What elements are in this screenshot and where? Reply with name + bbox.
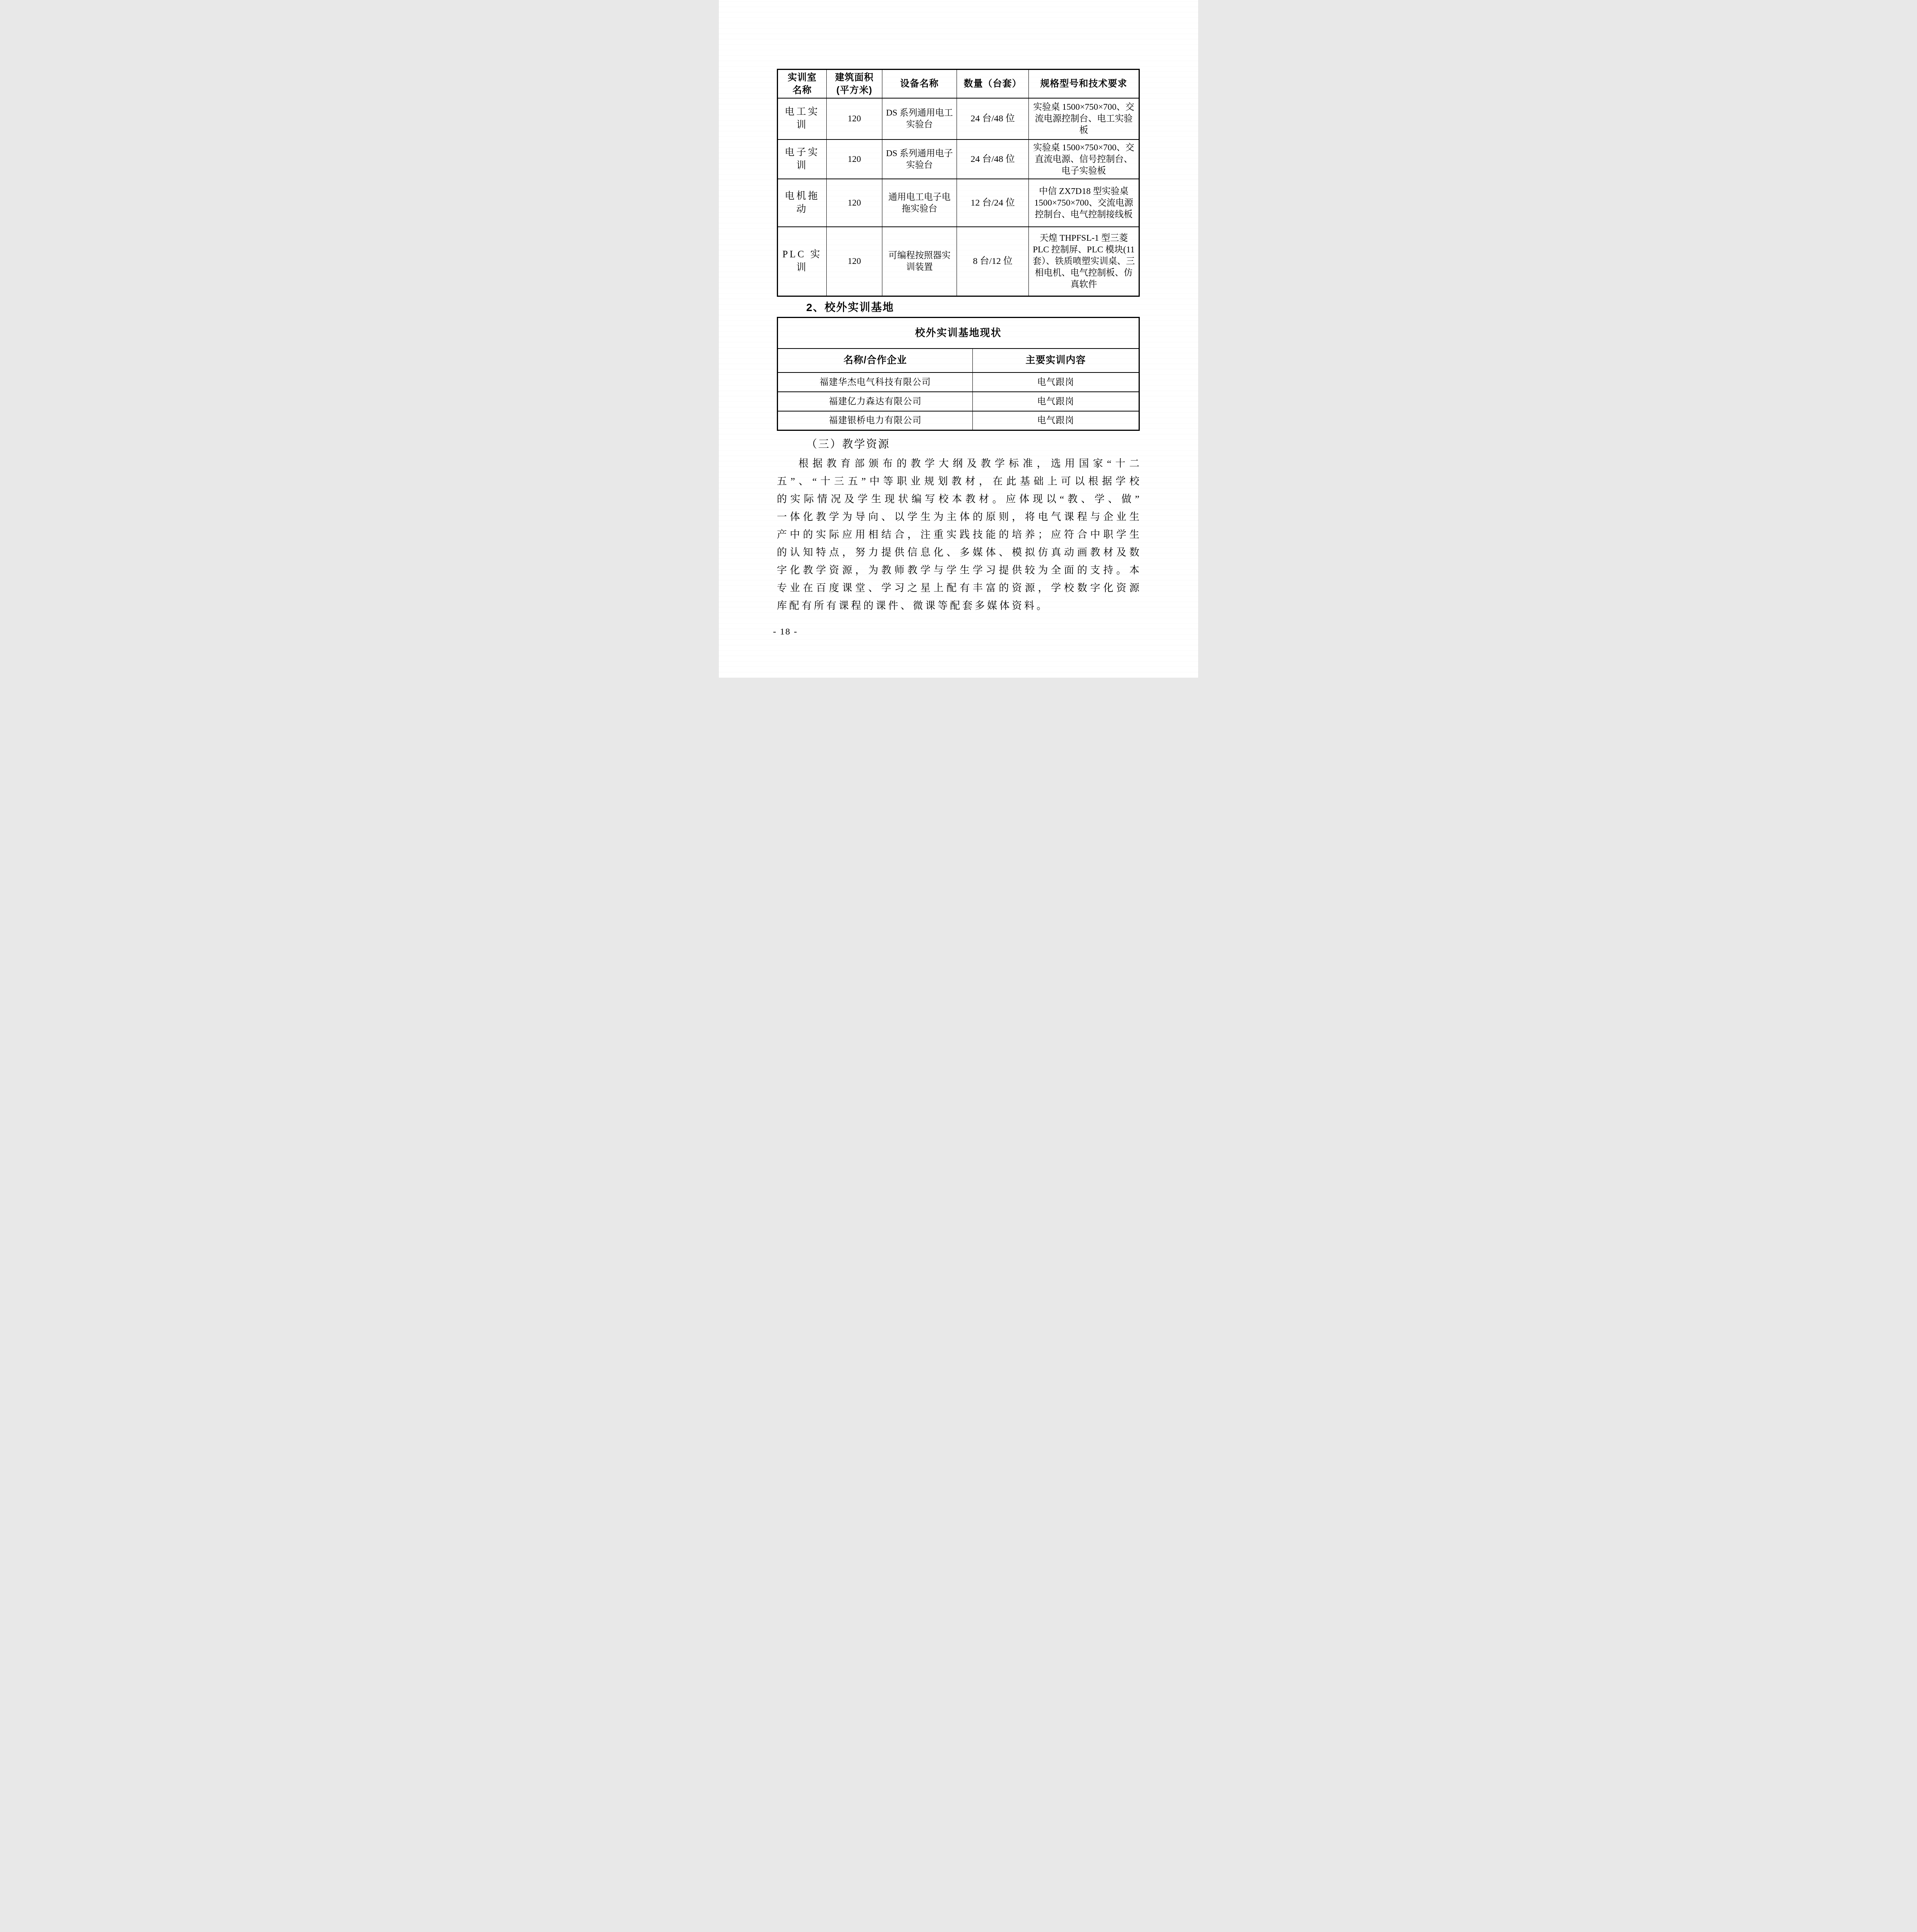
teaching-resources-paragraph: 根据教育部颁布的教学大纲及教学标准，选用国家“十二 五”、“十三五”中等职业规划… bbox=[777, 455, 1142, 615]
paragraph-line: 五”、“十三五”中等职业规划教材，在此基础上可以根据学校 bbox=[777, 473, 1142, 490]
cell-company: 福建亿力森达有限公司 bbox=[778, 392, 973, 411]
cell-device: DS 系列通用电子实验台 bbox=[882, 139, 957, 179]
cell-room: PLC 实训 bbox=[778, 227, 827, 296]
table-title: 校外实训基地现状 bbox=[778, 318, 1139, 349]
cell-company: 福建银桥电力有限公司 bbox=[778, 411, 973, 430]
paragraph-line: 的实际情况及学生现状编写校本教材。应体现以“教、学、做” bbox=[777, 490, 1142, 508]
paragraph-line: 根据教育部颁布的教学大纲及教学标准，选用国家“十二 bbox=[777, 455, 1142, 473]
cell-area: 120 bbox=[827, 98, 882, 139]
table-row: 电工实训 120 DS 系列通用电工实验台 24 台/48 位 实验桌 1500… bbox=[778, 98, 1139, 139]
external-base-table: 校外实训基地现状 名称/合作企业 主要实训内容 福建华杰电气科技有限公司 电气跟… bbox=[777, 317, 1140, 431]
page-number: - 18 - bbox=[773, 627, 798, 637]
cell-room: 电子实训 bbox=[778, 139, 827, 179]
paragraph-line: 产中的实际应用相结合，注重实践技能的培养；应符合中职学生 bbox=[777, 526, 1142, 544]
paragraph-line: 字化教学资源，为教师教学与学生学习提供较为全面的支持。本 bbox=[777, 561, 1142, 579]
table-row: 福建亿力森达有限公司 电气跟岗 bbox=[778, 392, 1139, 411]
cell-training-content: 电气跟岗 bbox=[973, 411, 1139, 430]
section-heading-teaching-resources: （三）教学资源 bbox=[806, 437, 1142, 452]
cell-quantity: 24 台/48 位 bbox=[957, 139, 1029, 179]
table-row: 电子实训 120 DS 系列通用电子实验台 24 台/48 位 实验桌 1500… bbox=[778, 139, 1139, 179]
cell-device: 可编程按照器实训装置 bbox=[882, 227, 957, 296]
table-row: 福建银桥电力有限公司 电气跟岗 bbox=[778, 411, 1139, 430]
paragraph-line: 库配有所有课程的课件、微课等配套多媒体资料。 bbox=[777, 597, 1142, 615]
cell-quantity: 24 台/48 位 bbox=[957, 98, 1029, 139]
external-base-table-header-row: 名称/合作企业 主要实训内容 bbox=[778, 349, 1139, 372]
column-header-training-content: 主要实训内容 bbox=[973, 349, 1139, 372]
cell-room: 电工实训 bbox=[778, 98, 827, 139]
section-heading-external-bases: 2、校外实训基地 bbox=[806, 301, 1142, 315]
column-header-quantity: 数量（台套） bbox=[957, 70, 1029, 98]
cell-quantity: 12 台/24 位 bbox=[957, 179, 1029, 227]
paragraph-line: 的认知特点，努力提供信息化、多媒体、模拟仿真动画教材及数 bbox=[777, 544, 1142, 561]
paragraph-line: 专业在百度课堂、学习之星上配有丰富的资源，学校数字化资源 bbox=[777, 579, 1142, 597]
column-header-device: 设备名称 bbox=[882, 70, 957, 98]
cell-quantity: 8 台/12 位 bbox=[957, 227, 1029, 296]
cell-room: 电机拖动 bbox=[778, 179, 827, 227]
external-base-table-title-row: 校外实训基地现状 bbox=[778, 318, 1139, 349]
table-row: PLC 实训 120 可编程按照器实训装置 8 台/12 位 天煌 THPFSL… bbox=[778, 227, 1139, 296]
cell-area: 120 bbox=[827, 139, 882, 179]
cell-training-content: 电气跟岗 bbox=[973, 392, 1139, 411]
equipment-table: 实训室 名称 建筑面积 (平方米) 设备名称 数量（台套） 规格型号和技术要求 … bbox=[777, 69, 1140, 297]
cell-spec: 实验桌 1500×750×700、交流电源控制台、电工实验板 bbox=[1029, 98, 1139, 139]
column-header-spec: 规格型号和技术要求 bbox=[1029, 70, 1139, 98]
column-header-area: 建筑面积 (平方米) bbox=[827, 70, 882, 98]
column-header-room: 实训室 名称 bbox=[778, 70, 827, 98]
cell-device: 通用电工电子电拖实验台 bbox=[882, 179, 957, 227]
table-row: 福建华杰电气科技有限公司 电气跟岗 bbox=[778, 372, 1139, 392]
document-page: 实训室 名称 建筑面积 (平方米) 设备名称 数量（台套） 规格型号和技术要求 … bbox=[719, 0, 1198, 678]
cell-area: 120 bbox=[827, 179, 882, 227]
paragraph-line: 一体化教学为导向、以学生为主体的原则，将电气课程与企业生 bbox=[777, 508, 1142, 526]
cell-training-content: 电气跟岗 bbox=[973, 372, 1139, 392]
equipment-table-header-row: 实训室 名称 建筑面积 (平方米) 设备名称 数量（台套） 规格型号和技术要求 bbox=[778, 70, 1139, 98]
cell-company: 福建华杰电气科技有限公司 bbox=[778, 372, 973, 392]
page-content: 实训室 名称 建筑面积 (平方米) 设备名称 数量（台套） 规格型号和技术要求 … bbox=[777, 69, 1142, 615]
cell-spec: 中信 ZX7D18 型实验桌 1500×750×700、交流电源控制台、电气控制… bbox=[1029, 179, 1139, 227]
table-row: 电机拖动 120 通用电工电子电拖实验台 12 台/24 位 中信 ZX7D18… bbox=[778, 179, 1139, 227]
cell-spec: 天煌 THPFSL-1 型三菱 PLC 控制屏、PLC 模块(11 套）、铁质喷… bbox=[1029, 227, 1139, 296]
cell-device: DS 系列通用电工实验台 bbox=[882, 98, 957, 139]
cell-spec: 实验桌 1500×750×700、交直流电源、信号控制台、电子实验板 bbox=[1029, 139, 1139, 179]
column-header-company: 名称/合作企业 bbox=[778, 349, 973, 372]
cell-area: 120 bbox=[827, 227, 882, 296]
